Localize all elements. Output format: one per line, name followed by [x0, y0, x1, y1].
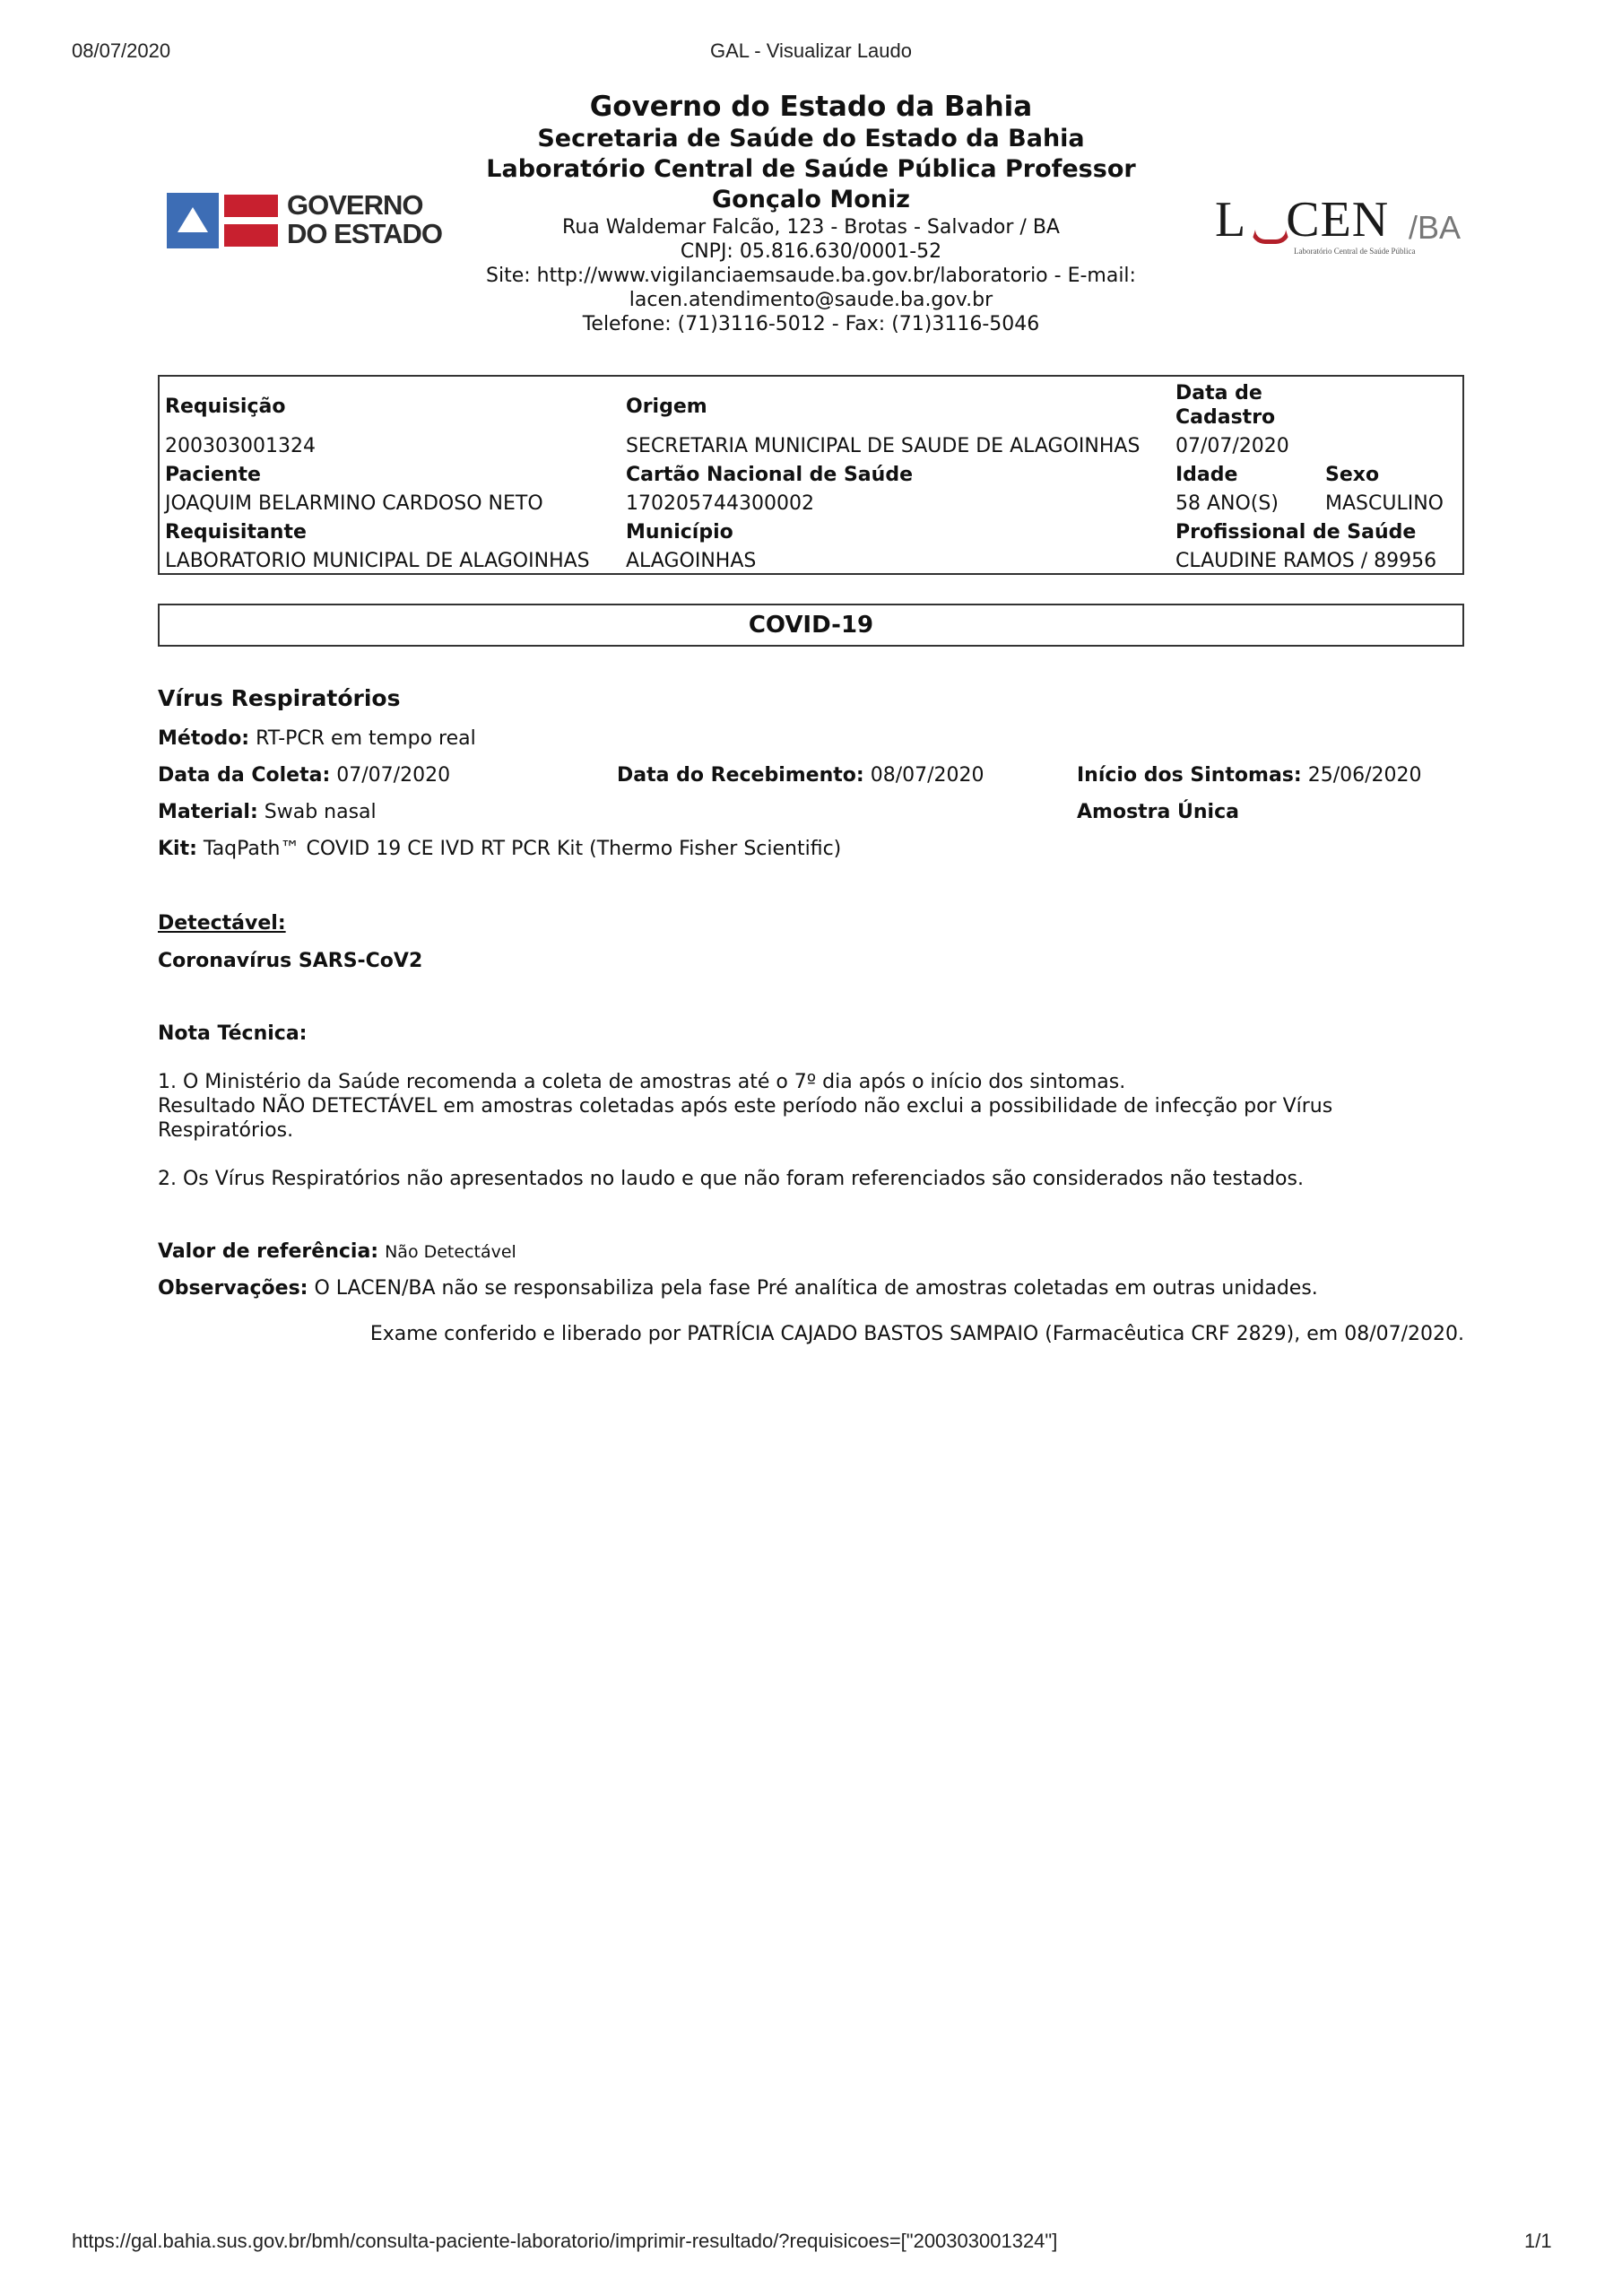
note-1-line-2: Resultado NÃO DETECTÁVEL em amostras col…	[158, 1094, 1332, 1118]
sintomas-label: Início dos Sintomas:	[1077, 764, 1302, 787]
exam-section-title: Vírus Respiratórios	[158, 686, 400, 710]
metodo-value: RT-PCR em tempo real	[256, 727, 476, 750]
kit-label: Kit:	[158, 838, 197, 860]
observacoes-label: Observações:	[158, 1277, 308, 1300]
amostra-unica: Amostra Única	[1077, 800, 1239, 824]
kit-value: TaqPath™ COVID 19 CE IVD RT PCR Kit (The…	[204, 838, 841, 860]
referencia-row: Valor de referência: Não Detectável	[158, 1239, 516, 1265]
data-cadastro-label-line1: Data de	[1175, 381, 1275, 405]
letterhead-title: Governo do Estado da Bahia	[0, 90, 1622, 124]
letterhead-address: Rua Waldemar Falcão, 123 - Brotas - Salv…	[0, 215, 1622, 239]
municipio-label: Município	[626, 520, 733, 544]
coleta-label: Data da Coleta:	[158, 764, 330, 787]
recebimento-row: Data do Recebimento: 08/07/2020	[617, 763, 984, 787]
print-page-title: GAL - Visualizar Laudo	[0, 39, 1622, 63]
letterhead-secretaria: Secretaria de Saúde do Estado da Bahia	[0, 124, 1622, 154]
sexo-label: Sexo	[1325, 463, 1379, 487]
note-2: 2. Os Vírus Respiratórios não apresentad…	[158, 1167, 1304, 1191]
recebimento-value: 08/07/2020	[871, 764, 984, 787]
metodo-row: Método: RT-PCR em tempo real	[158, 726, 476, 751]
metodo-label: Método:	[158, 727, 249, 750]
coleta-value: 07/07/2020	[336, 764, 450, 787]
paciente-label: Paciente	[165, 463, 261, 487]
coleta-row: Data da Coleta: 07/07/2020	[158, 763, 450, 787]
letterhead: Governo do Estado da Bahia Secretaria de…	[0, 90, 1622, 336]
letterhead-email: lacen.atendimento@saude.ba.gov.br	[0, 288, 1622, 312]
requisitante-value: LABORATORIO MUNICIPAL DE ALAGOINHAS	[165, 549, 590, 573]
referencia-value: Não Detectável	[385, 1242, 516, 1262]
requisitante-label: Requisitante	[165, 520, 307, 544]
letterhead-laboratorio: Laboratório Central de Saúde Pública Pro…	[0, 154, 1622, 185]
patient-info-table: Requisição Origem Data de Cadastro 20030…	[158, 375, 1464, 575]
idade-value: 58 ANO(S)	[1175, 491, 1279, 516]
print-page-number: 1/1	[1524, 2230, 1552, 2253]
note-1-line-1: 1. O Ministério da Saúde recomenda a col…	[158, 1070, 1125, 1094]
material-value: Swab nasal	[265, 801, 377, 823]
observacoes-value: O LACEN/BA não se responsabiliza pela fa…	[314, 1277, 1317, 1300]
print-url: https://gal.bahia.sus.gov.br/bmh/consult…	[72, 2230, 1057, 2253]
exam-title: COVID-19	[158, 604, 1464, 647]
observacoes-row: Observações: O LACEN/BA não se responsab…	[158, 1276, 1318, 1300]
letterhead-phone: Telefone: (71)3116-5012 - Fax: (71)3116-…	[0, 312, 1622, 336]
referencia-label: Valor de referência:	[158, 1240, 378, 1263]
paciente-value: JOAQUIM BELARMINO CARDOSO NETO	[165, 491, 543, 516]
sintomas-row: Início dos Sintomas: 25/06/2020	[1077, 763, 1422, 787]
sexo-value: MASCULINO	[1325, 491, 1444, 516]
data-cadastro-label: Data de Cadastro	[1175, 381, 1275, 430]
requisicao-value: 200303001324	[165, 434, 316, 458]
note-1-line-3: Respiratórios.	[158, 1118, 293, 1143]
data-cadastro-label-line2: Cadastro	[1175, 405, 1275, 430]
result-agent: Coronavírus SARS-CoV2	[158, 949, 422, 973]
profissional-value: CLAUDINE RAMOS / 89956	[1175, 549, 1436, 573]
requisicao-label: Requisição	[165, 395, 285, 419]
result-status: Detectável:	[158, 911, 286, 935]
cns-value: 170205744300002	[626, 491, 814, 516]
cns-label: Cartão Nacional de Saúde	[626, 463, 913, 487]
letterhead-site: Site: http://www.vigilanciaemsaude.ba.go…	[0, 264, 1622, 288]
letterhead-laboratorio-name: Gonçalo Moniz	[0, 185, 1622, 215]
profissional-label: Profissional de Saúde	[1175, 520, 1416, 544]
sintomas-value: 25/06/2020	[1308, 764, 1422, 787]
notes-title: Nota Técnica:	[158, 1022, 307, 1046]
data-cadastro-value: 07/07/2020	[1175, 434, 1289, 458]
kit-row: Kit: TaqPath™ COVID 19 CE IVD RT PCR Kit…	[158, 837, 841, 861]
municipio-value: ALAGOINHAS	[626, 549, 756, 573]
material-row: Material: Swab nasal	[158, 800, 377, 824]
liberacao-statement: Exame conferido e liberado por PATRÍCIA …	[158, 1322, 1464, 1346]
origem-value: SECRETARIA MUNICIPAL DE SAUDE DE ALAGOIN…	[626, 434, 1140, 458]
idade-label: Idade	[1175, 463, 1237, 487]
material-label: Material:	[158, 801, 258, 823]
recebimento-label: Data do Recebimento:	[617, 764, 864, 787]
letterhead-cnpj: CNPJ: 05.816.630/0001-52	[0, 239, 1622, 264]
origem-label: Origem	[626, 395, 707, 419]
